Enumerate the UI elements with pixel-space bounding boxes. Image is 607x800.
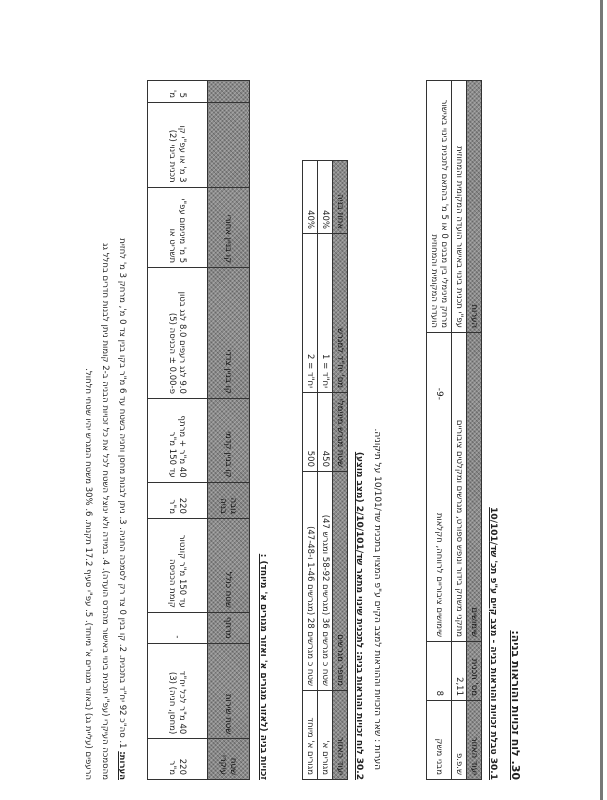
cell: 40% (303, 161, 318, 234)
cell: 220 מ"ר (148, 739, 208, 780)
table-row: ש.פ.פ 2,11 מתקני משחק בידור ונופש ספורט,… (452, 81, 467, 780)
table-row: מגורים א' שטח כ מגרשים 36 (מגרשים 58-92 … (318, 161, 333, 780)
table-row: מגורים א' מיוחד שטח כ מגרשים 28 (מגרשים … (303, 161, 318, 780)
col-header: מספר מגרשים (333, 472, 348, 691)
col-header: קו בניין צדדי (208, 268, 250, 399)
cell: 3 מ' או עפ"י קו תכנית בינוי (2) (148, 103, 208, 188)
cell: מגורים א' (318, 691, 333, 780)
col-header (208, 103, 250, 188)
note-line: מהסמכה העיקרי (עפ"י תכנית בינוי באישור מ… (100, 243, 110, 780)
table-row: מבני משק 8 שימושים ציבוריים לרווחה, חקלא… (427, 81, 452, 780)
table-30-3: שטח עיקרי שטח שירות מרתף שטח כולל גובה ב… (147, 80, 250, 780)
col-header: מס' תכנית (467, 642, 482, 701)
cell: שימושים ציבוריים לרווחה, חקלאות (427, 333, 452, 642)
col-header: גובה בניה (208, 482, 250, 518)
cell: 500 (303, 393, 318, 472)
cell: מרחק מינימלי בין מבנים 0 או 5 מ' בהתאם ל… (427, 81, 452, 333)
document-body: 30. לוח זכויות והוראות בניה: -9- 30.1 טב… (60, 20, 530, 780)
section-30-1-title: 30.1 טבלת זכויות והוראות בניה - מצב קיים… (488, 507, 498, 780)
table-30-2: יעוד האזור מספר מגרשים שטח מגרש מינימלי … (302, 160, 348, 780)
cell: 8 (427, 642, 452, 701)
col-header: אחוז בניה (333, 161, 348, 234)
cell: 5 מ' (148, 81, 208, 103)
cell: עד 150 מ"ר קונטור קומת הכניסה (148, 518, 208, 612)
table-row: 220 מ"ר 40 מ"ר לכל יח"ד (מחסן, חניה) (3)… (148, 81, 208, 780)
col-header: קו בניין אחורי (208, 187, 250, 268)
cell: 220 מ"ר (148, 482, 208, 518)
section-30-3-title: זכויות בניה (לאזור מגורים א' ואזור מגורי… (258, 554, 268, 780)
cell: יח"ד = 1 (318, 234, 333, 393)
cell: שטח כ מגרשים 28 (מגרשים 1-46 ו-47-48) (303, 472, 318, 691)
cell: 2,11 (452, 642, 467, 701)
cell: 40 מ"ר לכל יח"ד (מחסן, חניה) (3) (148, 643, 208, 739)
cell: מבני משק (427, 701, 452, 780)
cell: יח"ד = 2 (303, 234, 318, 393)
cell: 9.0 לגג רעפים 8.0 לגג בטון פ-0.00 ± הכני… (148, 268, 208, 399)
col-header: מס' יח"ד למגרש (333, 234, 348, 393)
section-30-2-title: 30.2 לוח זכויות והוראות בניה: לתכנית שינ… (354, 452, 364, 780)
col-header: שטח מגרש מינימלי (333, 393, 348, 472)
cell: מגורים א' מיוחד (303, 691, 318, 780)
page-edge (600, 0, 603, 800)
cell: 450 (318, 393, 333, 472)
notes: הערות: 1. סה"כ 92 יח"ד בתכנית. 2. קו בני… (79, 40, 130, 780)
col-header: קו בניין קדמי (208, 398, 250, 482)
col-header: שטח כולל (208, 518, 250, 612)
col-header: הערות (467, 81, 482, 333)
col-header: יעוד האזור (333, 691, 348, 780)
cell: 40 מ"ר + מרתף עד 150 מ"ר (148, 398, 208, 482)
notes-label: הערות: (117, 751, 127, 780)
cell: מתקני משחק בידור ונופש ספורט, מגרשים ומק… (452, 333, 467, 642)
cell: שטח כ מגרשים 36 (מגרשים 58-92 ומגרש 47) (318, 472, 333, 691)
col-header: מרתף (208, 612, 250, 643)
note-line: 1. סה"כ 92 יח"ד בתכנית. 2. קו בנין 0 צד … (117, 238, 127, 748)
col-header (208, 81, 250, 103)
cell: 5 מ' מינימום עפ"י תשריט או (148, 187, 208, 268)
cell: 40% (318, 161, 333, 234)
heading: 30. לוח זכויות והוראות בניה: (509, 630, 522, 780)
rotated-page: 30. לוח זכויות והוראות בניה: -9- 30.1 טב… (60, 20, 530, 780)
note-line: הרעפים (עליית גג) (באזור מגורים א' מיוחד… (83, 368, 93, 780)
cell: - (148, 612, 208, 643)
cell: ש.פ.פ (452, 701, 467, 780)
col-header: שימושים (467, 333, 482, 642)
col-header: שטח שירות (208, 643, 250, 739)
cell: עפ"י תכנית בינוי באישור הועדה המקומית וה… (452, 81, 467, 333)
col-header: יעוד האזור (467, 701, 482, 780)
table-30-1: יעוד האזור מס' תכנית שימושים הערות ש.פ.פ… (426, 80, 482, 780)
section-30-1-remark: הערות : שאר הזכויות וההוראות למצב הקיים … (372, 429, 382, 770)
col-header: שטח עיקרי (208, 739, 250, 780)
